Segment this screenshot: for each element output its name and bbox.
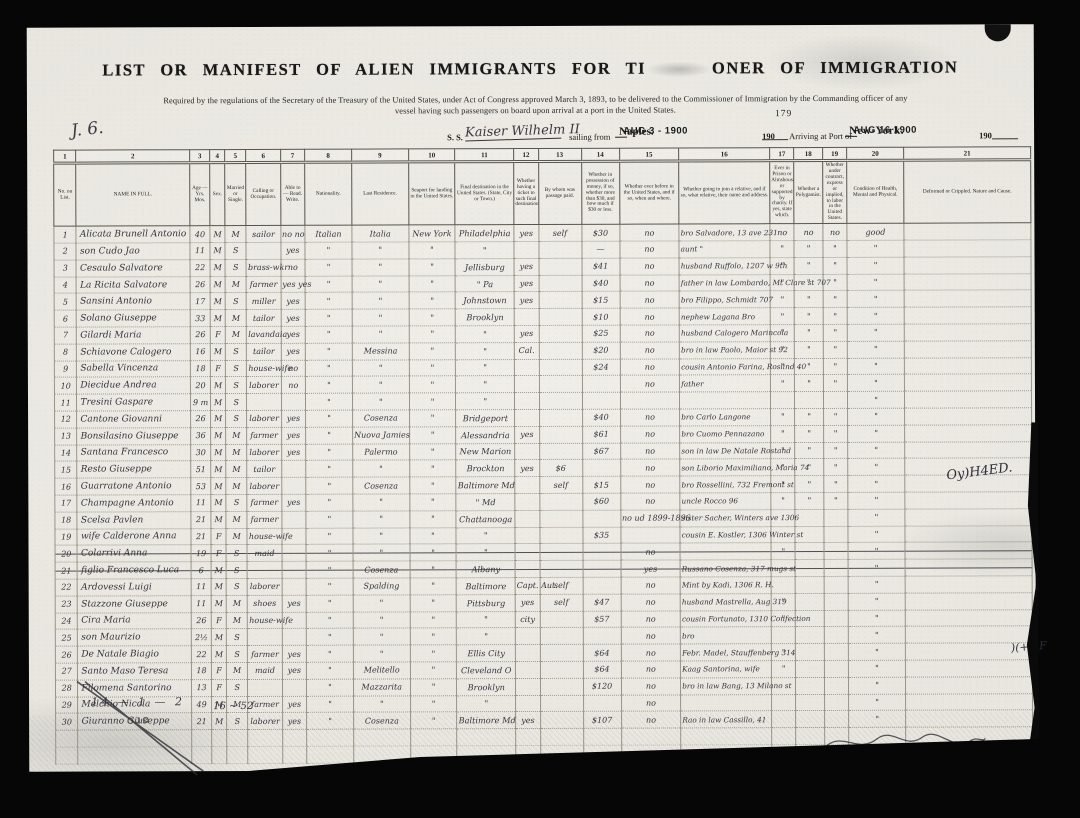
manifest-cell: Sansini Antonio	[77, 293, 190, 310]
manifest-cell: S	[226, 578, 248, 595]
manifest-cell: nephew Lagana Bro	[679, 308, 770, 325]
manifest-cell: no	[620, 308, 680, 325]
manifest-cell: "	[353, 460, 410, 477]
manifest-cell	[621, 745, 681, 762]
manifest-cell: Santana Francesco	[77, 444, 190, 461]
manifest-cell: Pittsburg	[457, 594, 516, 611]
manifest-cell: "	[410, 544, 457, 561]
manifest-cell: "	[848, 492, 905, 509]
manifest-cell	[540, 661, 583, 678]
manifest-cell: 11	[54, 394, 77, 411]
manifest-cell	[515, 409, 539, 426]
manifest-cell	[772, 728, 796, 745]
tally-note-2: 16 ~ 52	[213, 701, 253, 712]
manifest-cell	[282, 729, 306, 746]
manifest-cell: 11	[191, 595, 212, 612]
manifest-cell	[905, 542, 1032, 559]
manifest-cell: "	[410, 712, 457, 729]
manifest-cell: "	[848, 442, 905, 459]
manifest-cell: 19	[55, 529, 78, 546]
manifest-cell: "	[306, 612, 353, 629]
manifest-cell: $64	[583, 644, 621, 661]
manifest-cell: M	[225, 276, 247, 293]
manifest-cell: no	[620, 443, 680, 460]
manifest-cell: 51	[191, 461, 212, 478]
manifest-cell: yes	[281, 343, 305, 360]
manifest-cell: Cosenza	[354, 712, 411, 729]
manifest-cell	[410, 746, 457, 763]
manifest-cell	[515, 645, 539, 662]
manifest-cell: "	[352, 259, 409, 276]
manifest-cell	[539, 359, 582, 376]
manifest-cell	[796, 593, 824, 610]
manifest-cell: "	[771, 661, 795, 678]
manifest-cell: Brockton	[456, 460, 515, 477]
manifest-cell: "	[770, 241, 794, 258]
manifest-cell: $40	[582, 409, 620, 426]
manifest-cell: "	[410, 662, 457, 679]
manifest-cell: 23	[55, 596, 78, 613]
manifest-cell: 12	[55, 411, 78, 428]
manifest-cell	[281, 477, 305, 494]
manifest-cell: cousin Fortunato, 1310 Confection	[680, 610, 771, 627]
manifest-cell: 9	[54, 361, 77, 378]
manifest-cell	[796, 627, 824, 644]
manifest-cell: M	[225, 310, 247, 327]
ss-label: S. S.	[447, 132, 463, 142]
manifest-cell: Capt. Aut.	[515, 577, 539, 594]
manifest-cell: La Ricita Salvatore	[77, 276, 190, 293]
manifest-cell: $61	[582, 426, 620, 443]
manifest-cell: 9 m	[190, 394, 211, 411]
manifest-cell	[583, 544, 621, 561]
manifest-cell	[795, 392, 823, 409]
manifest-cell: no	[823, 224, 847, 241]
manifest-cell: "	[795, 476, 823, 493]
manifest-cell: husband Mastrella, Aug 319	[680, 593, 771, 610]
manifest-cell: farmer	[248, 646, 282, 663]
manifest-cell: Brooklyn	[457, 678, 516, 695]
manifest-cell: 18	[55, 512, 78, 529]
manifest-cell	[771, 577, 795, 594]
manifest-cell: 21	[191, 511, 212, 528]
manifest-cell: "	[823, 442, 847, 459]
manifest-cell: yes	[514, 225, 538, 242]
manifest-cell: $120	[583, 678, 621, 695]
manifest-cell	[248, 746, 282, 763]
manifest-cell: F	[211, 545, 226, 562]
manifest-cell: 2	[54, 243, 77, 260]
manifest-cell: Italian	[305, 225, 352, 242]
manifest-cell: "	[823, 308, 847, 325]
header-number-cell: 15	[619, 148, 679, 161]
manifest-cell: "	[410, 611, 457, 628]
manifest-cell: $35	[582, 527, 620, 544]
manifest-cell: no	[621, 577, 681, 594]
manifest-cell: bro	[680, 627, 771, 644]
manifest-cell: $67	[582, 443, 620, 460]
manifest-cell: $25	[582, 325, 620, 342]
manifest-cell: $10	[582, 308, 620, 325]
manifest-cell	[796, 677, 824, 694]
manifest-cell: M	[211, 495, 226, 512]
manifest-cell: "	[823, 425, 847, 442]
manifest-cell: "	[305, 293, 352, 310]
manifest-cell: "	[352, 242, 409, 259]
document-title-right: ONER OF IMMIGRATION	[712, 58, 958, 78]
manifest-cell: Ardovessi Luigi	[78, 579, 191, 596]
manifest-cell	[282, 561, 306, 578]
manifest-cell: "	[305, 377, 352, 394]
manifest-cell: "	[847, 240, 904, 257]
manifest-cell: F	[211, 327, 226, 344]
manifest-cell	[583, 628, 621, 645]
manifest-cell: "	[770, 291, 794, 308]
manifest-cell	[540, 678, 583, 695]
manifest-cell: S	[226, 679, 248, 696]
manifest-cell: "	[795, 291, 823, 308]
header-number-cell: 10	[408, 149, 455, 162]
manifest-cell: farmer	[247, 276, 281, 293]
manifest-cell: no	[281, 377, 305, 394]
manifest-cell: son Liborio Maximiliano, Maria 74	[680, 459, 771, 476]
manifest-cell: M	[211, 595, 226, 612]
manifest-cell: "	[848, 610, 905, 627]
manifest-cell	[540, 560, 583, 577]
manifest-cell: "	[795, 324, 823, 341]
manifest-cell: Alessandria	[456, 426, 515, 443]
manifest-cell: "	[353, 645, 410, 662]
manifest-cell: 24	[55, 613, 78, 630]
manifest-cell: no	[621, 627, 681, 644]
manifest-cell	[307, 729, 354, 746]
manifest-cell: Spalding	[353, 578, 410, 595]
pen-stroke	[75, 679, 215, 779]
manifest-cell	[582, 392, 620, 409]
manifest-cell	[621, 728, 681, 745]
manifest-cell: Ellis City	[457, 645, 516, 662]
manifest-cell	[771, 392, 795, 409]
manifest-cell: S	[226, 562, 248, 579]
manifest-cell	[681, 728, 772, 745]
manifest-cell: Rao in law Cassillo, 41	[681, 711, 772, 728]
manifest-cell: 7	[54, 327, 77, 344]
manifest-cell: M	[226, 461, 248, 478]
manifest-cell: "	[456, 342, 515, 359]
manifest-cell: 11	[191, 579, 212, 596]
manifest-cell	[904, 240, 1031, 257]
manifest-cell: M	[211, 444, 226, 461]
manifest-cell: M	[210, 276, 225, 293]
manifest-cell: Resto Giuseppe	[77, 461, 190, 478]
manifest-cell: " Pa	[456, 275, 515, 292]
manifest-cell: "	[771, 425, 795, 442]
manifest-cell: S	[226, 629, 248, 646]
manifest-cell	[621, 527, 681, 544]
manifest-cell	[516, 745, 540, 762]
manifest-cell: miller	[247, 293, 281, 310]
arrival-date-stamp: AUG 16 1900	[853, 125, 917, 136]
manifest-cell: "	[352, 326, 409, 343]
manifest-cell	[539, 275, 582, 292]
manifest-cell	[281, 461, 305, 478]
manifest-cell: "	[456, 393, 515, 410]
manifest-cell: "	[410, 628, 457, 645]
manifest-cell: M	[211, 579, 226, 596]
manifest-cell: no	[621, 695, 681, 712]
manifest-cell: "	[305, 242, 352, 259]
manifest-cell: S	[225, 243, 247, 260]
manifest-cell: 4	[54, 277, 77, 294]
manifest-cell	[515, 527, 539, 544]
manifest-cell: yes	[282, 595, 306, 612]
manifest-cell: father	[680, 375, 771, 392]
manifest-cell: 30	[190, 444, 211, 461]
manifest-cell: Cosenza	[353, 561, 410, 578]
manifest-cell: "	[306, 511, 353, 528]
manifest-cell	[823, 392, 847, 409]
header-label-cell: Final destination in the United States. …	[455, 162, 514, 225]
manifest-cell: yes	[514, 275, 538, 292]
manifest-cell	[248, 629, 282, 646]
manifest-cell	[772, 711, 796, 728]
manifest-cell: M	[225, 226, 247, 243]
manifest-cell: maid	[247, 545, 281, 562]
header-number-cell: 1	[54, 150, 77, 163]
manifest-cell: "	[307, 696, 354, 713]
manifest-cell: "	[847, 274, 904, 291]
manifest-cell	[904, 324, 1031, 341]
manifest-cell: "	[409, 427, 456, 444]
manifest-cell: "	[305, 309, 352, 326]
manifest-cell	[905, 693, 1032, 710]
manifest-cell: "	[307, 679, 354, 696]
manifest-cell: Santo Maso Teresa	[78, 663, 191, 680]
manifest-cell: "	[353, 511, 410, 528]
manifest-cell: 10	[54, 377, 77, 394]
manifest-cell	[282, 511, 306, 528]
manifest-cell: "	[455, 242, 514, 259]
header-number-cell: 3	[189, 150, 210, 163]
manifest-cell: "	[823, 257, 847, 274]
manifest-cell: "	[409, 460, 456, 477]
manifest-cell: S	[227, 713, 249, 730]
manifest-cell: "	[306, 528, 353, 545]
header-label-cell: No. on List.	[54, 163, 77, 226]
scan-background: { "scan": { "page_number": "179", "corne…	[0, 0, 1080, 818]
manifest-cell: "	[307, 712, 354, 729]
manifest-cell: "	[352, 360, 409, 377]
manifest-cell: good	[847, 223, 904, 240]
manifest-cell: "	[457, 628, 516, 645]
manifest-cell	[905, 441, 1032, 458]
manifest-cell: Bonsilasino Giuseppe	[77, 427, 190, 444]
manifest-cell	[540, 745, 583, 762]
manifest-cell: yes	[281, 309, 305, 326]
manifest-cell: "	[794, 240, 822, 257]
manifest-cell: "	[795, 341, 823, 358]
manifest-cell: no	[621, 543, 681, 560]
manifest-cell: no	[620, 258, 680, 275]
manifest-cell: Cleveland O	[457, 661, 516, 678]
manifest-cell: no	[620, 426, 680, 443]
manifest-cell: M	[211, 461, 226, 478]
year-blank-1: 190	[762, 131, 775, 141]
manifest-table: 123456789101112131415161718192021No. on …	[53, 146, 1033, 764]
manifest-cell: M	[211, 310, 226, 327]
manifest-cell	[307, 746, 354, 763]
manifest-cell: wife Calderone Anna	[77, 528, 190, 545]
manifest-cell: no	[620, 275, 680, 292]
manifest-cell: "	[456, 326, 515, 343]
manifest-cell: yes yes	[281, 276, 305, 293]
manifest-cell: house-wife	[248, 612, 282, 629]
manifest-cell: "	[410, 695, 457, 712]
manifest-cell: "	[848, 408, 905, 425]
manifest-cell: 14	[55, 445, 78, 462]
manifest-cell	[248, 679, 282, 696]
manifest-cell: Solano Giuseppe	[77, 310, 190, 327]
manifest-cell: 26	[55, 646, 78, 663]
manifest-cell	[515, 477, 539, 494]
manifest-cell: M	[226, 444, 248, 461]
header-number-cell: 12	[514, 148, 538, 161]
manifest-cell	[583, 695, 621, 712]
manifest-cell: bro Rossellini, 732 Fremont st	[680, 476, 771, 493]
manifest-cell	[582, 376, 620, 393]
manifest-cell: 2½	[191, 629, 212, 646]
manifest-cell: Guarratone Antonio	[77, 478, 190, 495]
manifest-cell: M	[211, 511, 226, 528]
manifest-cell: figlio Francesco Luca	[78, 562, 191, 579]
manifest-cell: "	[456, 376, 515, 393]
manifest-cell: no	[620, 241, 680, 258]
header-label-cell: Calling or Occupation.	[246, 162, 280, 225]
header-number-cell: 4	[210, 150, 225, 163]
manifest-cell	[515, 544, 539, 561]
manifest-cell	[515, 510, 539, 527]
manifest-cell: "	[353, 527, 410, 544]
manifest-cell	[824, 610, 848, 627]
manifest-cell: "	[823, 240, 847, 257]
manifest-cell: "	[353, 544, 410, 561]
manifest-cell: "	[305, 259, 352, 276]
manifest-cell: S	[225, 343, 247, 360]
manifest-cell: "	[306, 595, 353, 612]
manifest-cell: bro Filippo, Schmidt 707	[679, 291, 770, 308]
manifest-cell	[904, 425, 1031, 442]
manifest-cell: "	[456, 527, 515, 544]
manifest-cell: "	[409, 359, 456, 376]
manifest-cell: yes	[281, 242, 305, 259]
header-label-cell: Ever in Prison or Almshouse or supported…	[770, 161, 795, 224]
manifest-cell: yes	[281, 293, 305, 310]
manifest-cell: "	[848, 391, 905, 408]
manifest-cell: F	[212, 663, 227, 680]
manifest-cell	[681, 745, 772, 762]
header-number-cell: 5	[225, 149, 247, 162]
manifest-cell: Mint by Kadi, 1306 R. H.	[680, 577, 771, 594]
manifest-cell: $15	[582, 476, 620, 493]
manifest-cell: house-wife	[247, 360, 281, 377]
manifest-cell: no	[620, 325, 680, 342]
manifest-cell: uncle Rocco 96	[680, 493, 771, 510]
manifest-cell: "	[795, 308, 823, 325]
manifest-cell	[282, 629, 306, 646]
header-number-cell: 21	[904, 147, 1031, 160]
header-label-cell: NAME IN FULL.	[76, 163, 190, 227]
manifest-cell: $15	[582, 292, 620, 309]
manifest-cell: M	[226, 511, 248, 528]
manifest-cell: "	[306, 477, 353, 494]
manifest-cell: "	[848, 543, 905, 560]
manifest-cell: son in law De Natale Rostand	[680, 442, 771, 459]
manifest-cell: Cesaulo Salvatore	[76, 260, 189, 277]
manifest-cell: laborer	[247, 377, 281, 394]
manifest-cell	[905, 509, 1032, 526]
manifest-cell: M	[211, 562, 226, 579]
page-number: 179	[775, 109, 792, 119]
manifest-cell	[795, 543, 823, 560]
manifest-cell: 16	[190, 343, 211, 360]
ink-smudge	[646, 62, 712, 78]
manifest-cell	[824, 694, 848, 711]
manifest-cell: cousin E. Kostler, 1306 Winter st	[680, 526, 771, 543]
manifest-cell: "	[824, 476, 848, 493]
manifest-cell: "	[409, 292, 456, 309]
manifest-cell: 26	[190, 327, 211, 344]
manifest-cell: 22	[190, 259, 211, 276]
manifest-cell: Colarrivi Anna	[77, 545, 190, 562]
manifest-cell	[824, 560, 848, 577]
manifest-cell: "	[306, 628, 353, 645]
manifest-cell: —	[581, 241, 619, 258]
header-label-cell: By whom was passage paid.	[538, 161, 581, 224]
manifest-cell: "	[849, 643, 906, 660]
manifest-cell: "	[794, 257, 822, 274]
manifest-cell: "	[306, 645, 353, 662]
manifest-cell: "	[352, 276, 409, 293]
arriving-at-port-label: Arriving at Port of	[789, 131, 852, 141]
manifest-cell: Palermo	[353, 444, 410, 461]
manifest-cell: 11	[190, 243, 211, 260]
manifest-cell: S	[226, 494, 248, 511]
manifest-cell	[514, 309, 538, 326]
manifest-cell: M	[210, 293, 225, 310]
manifest-cell	[583, 728, 621, 745]
header-label-cell: Age — Yrs. Mos.	[189, 163, 210, 226]
manifest-cell	[905, 559, 1032, 576]
manifest-cell: "	[305, 326, 352, 343]
manifest-cell: "	[409, 443, 456, 460]
manifest-cell: M	[212, 629, 227, 646]
manifest-cell: "	[771, 543, 795, 560]
manifest-cell: sister Sacher, Winters ave 1306	[680, 509, 771, 526]
manifest-cell: no	[620, 409, 680, 426]
year-blank-2: 190	[979, 130, 992, 140]
header-label-cell: Whether having a ticket to such final de…	[514, 161, 539, 224]
manifest-cell: yes	[282, 662, 306, 679]
manifest-cell: $57	[583, 611, 621, 628]
manifest-cell: "	[848, 576, 905, 593]
manifest-cell: "	[305, 276, 352, 293]
manifest-cell: bro in law Bang, 13 Milano st	[681, 677, 772, 694]
manifest-cell	[904, 257, 1031, 274]
manifest-cell: "	[305, 360, 352, 377]
manifest-cell: "	[456, 544, 515, 561]
header-number-cell: 13	[538, 148, 581, 161]
manifest-cell: self	[539, 476, 582, 493]
